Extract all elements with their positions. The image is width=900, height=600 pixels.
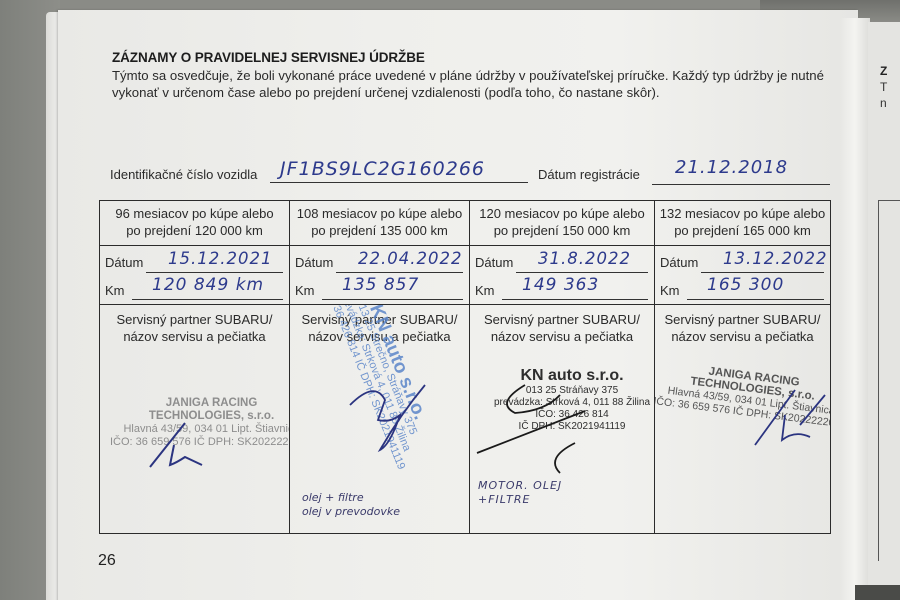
service-km: 149 363 bbox=[522, 275, 599, 295]
date-line bbox=[701, 272, 824, 273]
partner-label: Servisný partner SUBARU/názov servisu a … bbox=[655, 305, 830, 345]
date-label: Dátum bbox=[295, 255, 333, 270]
intro-paragraph: Týmto sa osvedčuje, že boli vykonané prá… bbox=[112, 67, 832, 101]
next-page-table-edge bbox=[878, 200, 900, 561]
date-km-row: Dátum 15.12.2021 Km 120 849 km Dátum 22.… bbox=[100, 246, 831, 305]
next-page-title-fragment: Z bbox=[880, 64, 887, 78]
date-km-cell: Dátum 22.04.2022 Km 135 857 bbox=[290, 246, 470, 305]
stamp-cell: Servisný partner SUBARU/názov servisu a … bbox=[470, 305, 655, 534]
booklet-gutter bbox=[840, 18, 870, 600]
background-bottom bbox=[855, 585, 900, 600]
date-label: Dátum bbox=[475, 255, 513, 270]
interval-header-row: 96 mesiacov po kúpe alebopo prejdení 120… bbox=[100, 201, 831, 246]
page-number: 26 bbox=[98, 552, 116, 570]
date-label: Dátum bbox=[660, 255, 698, 270]
date-km-cell: Dátum 15.12.2021 Km 120 849 km bbox=[100, 246, 290, 305]
date-line bbox=[336, 272, 463, 273]
next-page: Z T n bbox=[868, 22, 900, 600]
km-label: Km bbox=[475, 283, 495, 298]
km-label: Km bbox=[105, 283, 125, 298]
registration-date-line bbox=[652, 184, 830, 185]
date-km-cell: Dátum 31.8.2022 Km 149 363 bbox=[470, 246, 655, 305]
service-date: 15.12.2021 bbox=[168, 249, 272, 268]
interval-header: 108 mesiacov po kúpe alebopo prejdení 13… bbox=[290, 201, 470, 246]
handwritten-note: olej + filtre olej v prevodovke bbox=[302, 491, 400, 519]
km-label: Km bbox=[295, 283, 315, 298]
service-date: 13.12.2022 bbox=[723, 249, 827, 268]
page-title: ZÁZNAMY O PRAVIDELNEJ SERVISNEJ ÚDRŽBE bbox=[112, 50, 425, 65]
km-label: Km bbox=[660, 283, 680, 298]
next-page-text-fragment: T bbox=[880, 80, 887, 94]
stamp-cell: Servisný partner SUBARU/názov servisu a … bbox=[290, 305, 470, 534]
registration-date-label: Dátum registrácie bbox=[538, 167, 640, 182]
interval-header: 120 mesiacov po kúpe alebopo prejdení 15… bbox=[470, 201, 655, 246]
stamp-cell: Servisný partner SUBARU/názov servisu a … bbox=[100, 305, 290, 534]
date-line bbox=[516, 272, 648, 273]
date-line bbox=[146, 272, 283, 273]
handwritten-note: MOTOR. OLEJ +FILTRE bbox=[478, 479, 562, 507]
service-km: 120 849 km bbox=[152, 275, 264, 295]
dealer-stamp: JANIGA RACING TECHNOLOGIES, s.r.o. Hlavn… bbox=[655, 359, 831, 430]
dealer-stamp: JANIGA RACING TECHNOLOGIES, s.r.o. Hlavn… bbox=[110, 397, 290, 449]
service-km: 135 857 bbox=[342, 275, 419, 295]
km-line bbox=[322, 299, 463, 300]
vin-field-line bbox=[270, 182, 528, 183]
date-km-cell: Dátum 13.12.2022 Km 165 300 bbox=[655, 246, 831, 305]
service-km: 165 300 bbox=[707, 275, 784, 295]
service-date: 31.8.2022 bbox=[538, 249, 631, 268]
registration-date-value: 21.12.2018 bbox=[675, 157, 788, 178]
km-line bbox=[132, 299, 283, 300]
dealer-stamp: KN auto s.r.o. 013 25 Stráňavy 375 prevá… bbox=[494, 367, 650, 433]
stamp-row: Servisný partner SUBARU/názov servisu a … bbox=[100, 305, 831, 534]
service-date: 22.04.2022 bbox=[358, 249, 462, 268]
km-line bbox=[502, 299, 648, 300]
partner-label: Servisný partner SUBARU/názov servisu a … bbox=[100, 305, 289, 345]
vin-value: JF1BS9LC2G160266 bbox=[280, 158, 485, 180]
km-line bbox=[687, 299, 824, 300]
service-record-table: 96 mesiacov po kúpe alebopo prejdení 120… bbox=[99, 200, 831, 534]
next-page-text-fragment: n bbox=[880, 96, 887, 110]
vin-label: Identifikačné číslo vozidla bbox=[110, 167, 257, 182]
partner-label: Servisný partner SUBARU/názov servisu a … bbox=[470, 305, 654, 345]
stamp-cell: Servisný partner SUBARU/názov servisu a … bbox=[655, 305, 831, 534]
interval-header: 132 mesiacov po kúpe alebopo prejdení 16… bbox=[655, 201, 831, 246]
interval-header: 96 mesiacov po kúpe alebopo prejdení 120… bbox=[100, 201, 290, 246]
date-label: Dátum bbox=[105, 255, 143, 270]
